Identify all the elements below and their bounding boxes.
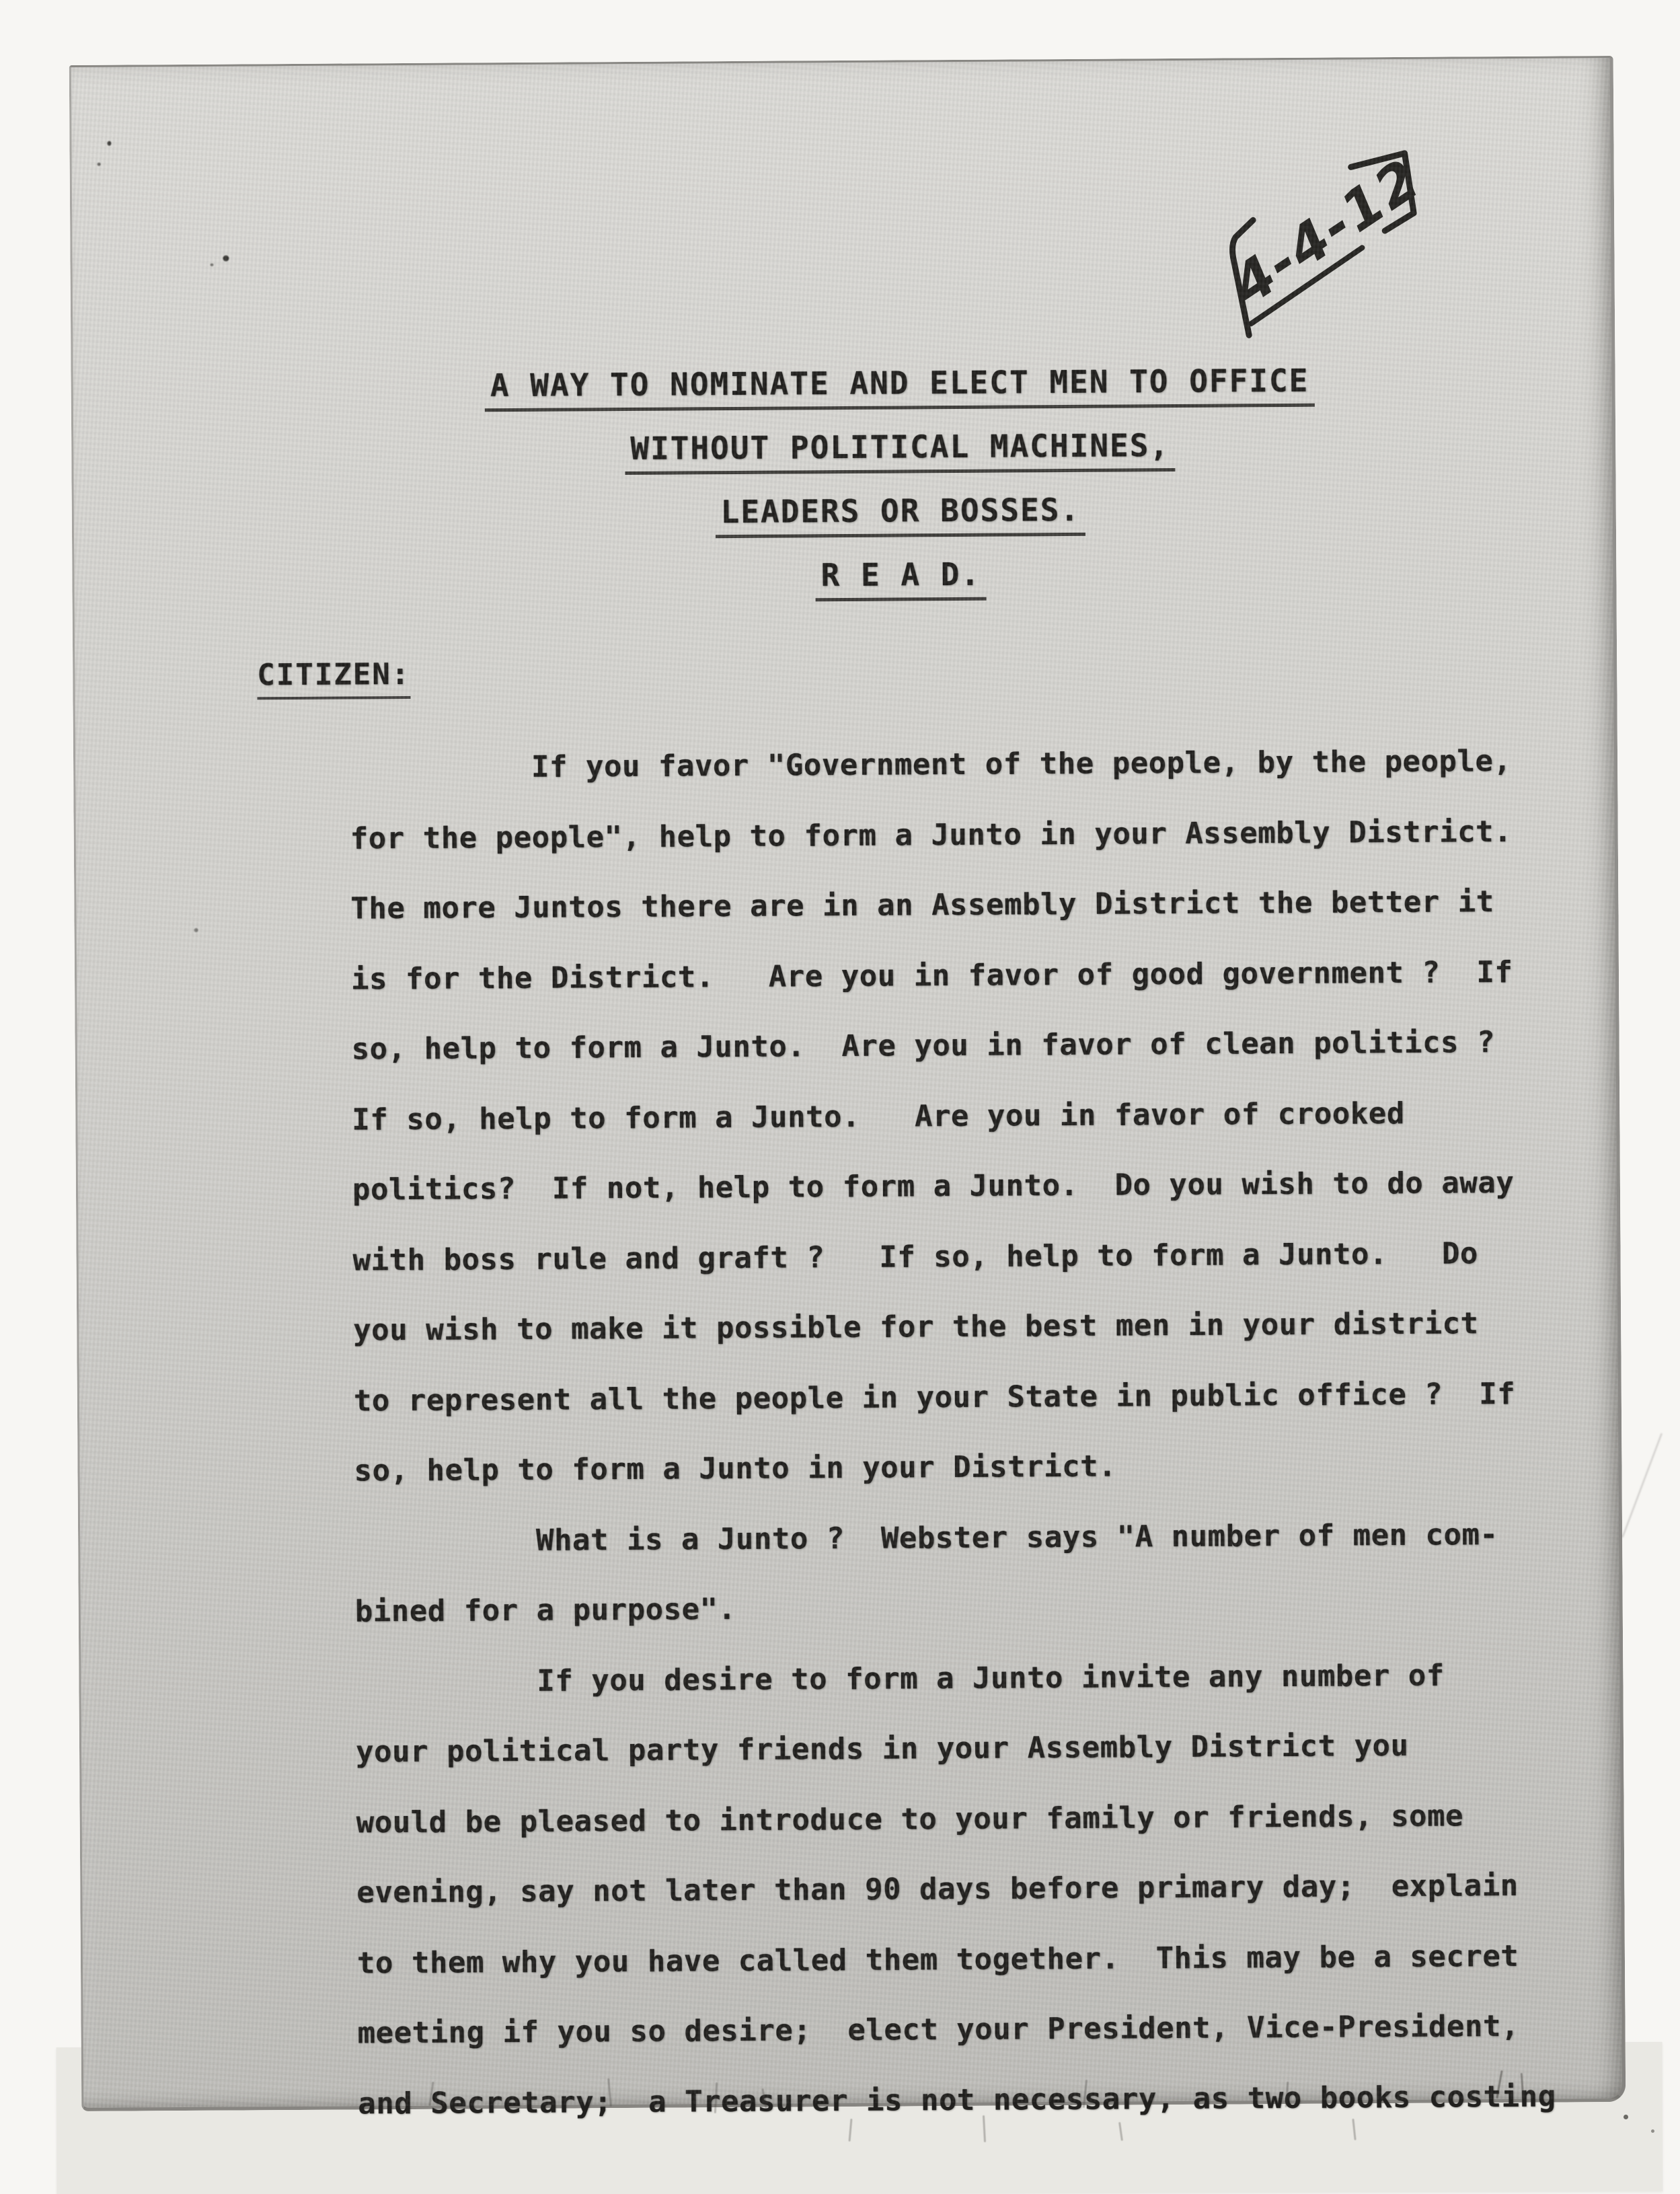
ink-speck xyxy=(211,264,214,266)
body-line: bined for a purpose". xyxy=(354,1569,1579,1647)
scan-background: { "page": { "annotation_date": "4-4-12",… xyxy=(0,0,1680,2194)
body-line: What is a Junto ? Webster says "A number… xyxy=(354,1499,1579,1577)
title-line: R E A D. xyxy=(815,558,986,602)
body-line: If so, help to form a Junto. Are you in … xyxy=(352,1077,1576,1156)
body-line: The more Juntos there are in an Assembly… xyxy=(350,866,1575,944)
body-line: for the people", help to form a Junto in… xyxy=(350,796,1574,874)
salutation: CITIZEN: xyxy=(257,657,410,699)
body-line: so, help to form a Junto in your Distric… xyxy=(354,1429,1578,1507)
body-line: and Secretary; a Treasurer is not necess… xyxy=(358,2061,1582,2140)
body-line: your political party friends in your Ass… xyxy=(356,1710,1580,1788)
handwritten-date-text: 4-4-12 xyxy=(1221,147,1433,318)
ink-speck xyxy=(194,928,198,932)
body-line: is for the District. Are you in favor of… xyxy=(351,937,1576,1015)
body-text: If you favor "Government of the people, … xyxy=(350,726,1582,2139)
ink-speck xyxy=(98,163,101,166)
body-line: would be pleased to introduce to your fa… xyxy=(356,1780,1580,1858)
body-line: meeting if you so desire; elect your Pre… xyxy=(357,1991,1582,2069)
ink-speck xyxy=(107,141,111,146)
title-line: A WAY TO NOMINATE AND ELECT MEN TO OFFIC… xyxy=(485,364,1315,412)
title-line: WITHOUT POLITICAL MACHINES, xyxy=(625,428,1175,475)
body-line: to represent all the people in your Stat… xyxy=(354,1359,1578,1437)
body-line: with boss rule and graft ? If so, help t… xyxy=(352,1218,1577,1296)
title-line: LEADERS OR BOSSES. xyxy=(715,493,1085,538)
paper-crease xyxy=(1622,1433,1663,1538)
body-line: evening, say not later than 90 days befo… xyxy=(356,1850,1581,1928)
body-line: to them why you have called them togethe… xyxy=(357,1921,1582,1999)
ink-speck xyxy=(1624,2115,1628,2119)
body-line: so, help to form a Junto. Are you in fav… xyxy=(351,1007,1576,1085)
body-line: If you desire to form a Junto invite any… xyxy=(355,1640,1580,1718)
handwritten-date-annotation: 4-4-12 xyxy=(1208,145,1438,350)
document-page: 4-4-12 A WAY TO NOMINATE AND ELECT MEN T… xyxy=(69,56,1626,2111)
ink-speck xyxy=(1651,2129,1654,2133)
document-title-block: A WAY TO NOMINATE AND ELECT MEN TO OFFIC… xyxy=(130,362,1671,627)
ink-speck xyxy=(223,256,229,262)
body-line: politics? If not, help to form a Junto. … xyxy=(352,1147,1577,1225)
body-line: If you favor "Government of the people, … xyxy=(350,726,1574,804)
body-line: you wish to make it possible for the bes… xyxy=(353,1288,1578,1366)
